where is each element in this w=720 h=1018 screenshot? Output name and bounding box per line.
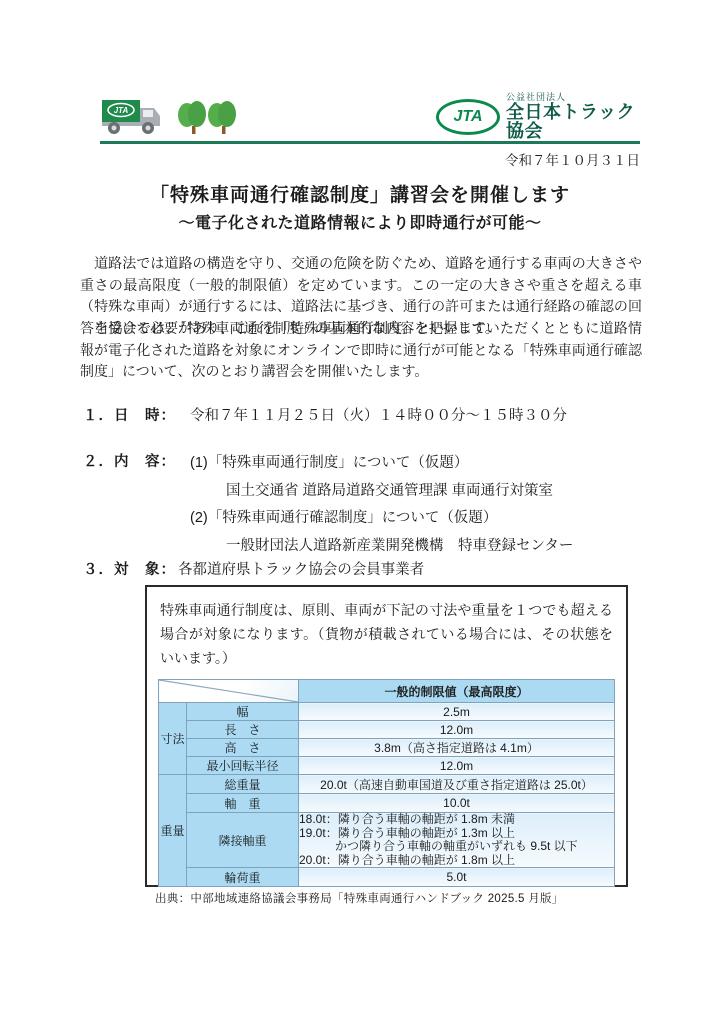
row-width-label: 幅 bbox=[187, 703, 299, 721]
row-axle-load-value: 10.0t bbox=[299, 794, 615, 813]
row-axle-load-label: 軸 重 bbox=[187, 794, 299, 813]
header-divider-line bbox=[100, 141, 640, 144]
org-name-label: 全日本トラック協会 bbox=[506, 103, 640, 141]
row-adjacent-axle-label: 隣接軸重 bbox=[187, 813, 299, 868]
truck-logo-icon: JTA bbox=[100, 92, 240, 140]
group-dimensions: 寸法 bbox=[159, 703, 187, 775]
group-weight: 重量 bbox=[159, 775, 187, 887]
document-title: 「特殊車両通行確認制度」講習会を開催します bbox=[0, 180, 720, 207]
row-width-value: 2.5m bbox=[299, 703, 615, 721]
row-gross-weight-value: 20.0t（高速自動車国道及び重さ指定道路は 25.0t） bbox=[299, 775, 615, 794]
adjacent-axle-line-2: 19.0t：隣り合う車軸の軸距が 1.3m 以上 bbox=[299, 827, 614, 841]
item-audience-label: ３．対 象： bbox=[83, 558, 176, 579]
item-audience-value: 各都道府県トラック協会の会員事業者 bbox=[178, 558, 424, 579]
table-header-general-limit: 一般的制限値（最高限度） bbox=[299, 680, 615, 703]
jta-logo-text: JTA bbox=[453, 108, 482, 126]
document-page: JTA JTA 公益社団法人 全日本トラック協会 bbox=[0, 0, 720, 1018]
truck-and-trees-artwork: JTA bbox=[100, 92, 240, 140]
row-gross-weight-label: 総重量 bbox=[187, 775, 299, 794]
item-content-label: ２．内 容： bbox=[83, 450, 176, 560]
row-height-value: 3.8m（高さ指定道路は 4.1m） bbox=[299, 739, 615, 757]
org-name-block: 公益社団法人 全日本トラック協会 bbox=[506, 93, 640, 140]
source-citation: 出典：中部地域連絡協議会事務局「特殊車両通行ハンドブック 2025.5 月版」 bbox=[155, 890, 564, 906]
item-datetime-value: 令和７年１１月２５日（火）１４時００分～１５時３０分 bbox=[190, 404, 567, 425]
row-wheel-load-value: 5.0t bbox=[299, 868, 615, 887]
adjacent-axle-line-4: 20.0t：隣り合う車軸の軸距が 1.8m 以上 bbox=[299, 854, 614, 868]
limits-box-intro: 特殊車両通行制度は、原則、車両が下記の寸法や重量を１つでも超える場合が対象になり… bbox=[160, 598, 613, 670]
row-adjacent-axle-value: 18.0t：隣り合う車軸の軸距が 1.8m 未満 19.0t：隣り合う車軸の軸距… bbox=[299, 813, 615, 868]
item-content-lines: (1)「特殊車両通行制度」について（仮題） 国土交通省 道路局道路交通管理課 車… bbox=[190, 450, 573, 560]
item-audience: ３．対 象： 各都道府県トラック協会の会員事業者 bbox=[83, 558, 643, 579]
item-datetime: １．日 時： 令和７年１１月２５日（火）１４時００分～１５時３０分 bbox=[83, 404, 643, 425]
association-logo: JTA 公益社団法人 全日本トラック協会 bbox=[436, 95, 640, 139]
row-turn-radius-value: 12.0m bbox=[299, 757, 615, 775]
general-limits-table: 一般的制限値（最高限度） 寸法 幅 2.5m 長 さ 12.0m 高 さ 3.8… bbox=[158, 679, 615, 887]
row-length-label: 長 さ bbox=[187, 721, 299, 739]
table-corner-diagonal-cell bbox=[159, 680, 299, 703]
adjacent-axle-line-3: かつ隣り合う車軸の軸重がいずれも 9.5t 以下 bbox=[299, 840, 614, 854]
paragraph-2: 当協会では、「特殊車両通行制度」の基本的な内容を把握していただくとともに道路情報… bbox=[80, 318, 642, 383]
limits-box: 特殊車両通行制度は、原則、車両が下記の寸法や重量を１つでも超える場合が対象になり… bbox=[145, 585, 628, 887]
document-date: 令和７年１０月３１日 bbox=[80, 149, 640, 169]
item-content: ２．内 容： (1)「特殊車両通行制度」について（仮題） 国土交通省 道路局道路… bbox=[83, 450, 643, 560]
content-line-4: 一般財団法人道路新産業開発機構 特車登録センター bbox=[190, 533, 573, 561]
jta-oval-logo-icon: JTA bbox=[436, 99, 500, 135]
diagonal-line-icon bbox=[159, 680, 298, 702]
content-line-1: (1)「特殊車両通行制度」について（仮題） bbox=[190, 450, 573, 478]
content-line-2: 国土交通省 道路局道路交通管理課 車両通行対策室 bbox=[190, 478, 573, 506]
adjacent-axle-line-1: 18.0t：隣り合う車軸の軸距が 1.8m 未満 bbox=[299, 813, 614, 827]
row-length-value: 12.0m bbox=[299, 721, 615, 739]
document-subtitle: ～電子化された道路情報により即時通行が可能～ bbox=[0, 210, 720, 233]
row-height-label: 高 さ bbox=[187, 739, 299, 757]
row-wheel-load-label: 輪荷重 bbox=[187, 868, 299, 887]
svg-text:JTA: JTA bbox=[114, 106, 129, 115]
row-turn-radius-label: 最小回転半径 bbox=[187, 757, 299, 775]
trees-icon bbox=[178, 101, 236, 134]
content-line-3: (2)「特殊車両通行確認制度」について（仮題） bbox=[190, 505, 573, 533]
item-datetime-label: １．日 時： bbox=[83, 404, 176, 425]
